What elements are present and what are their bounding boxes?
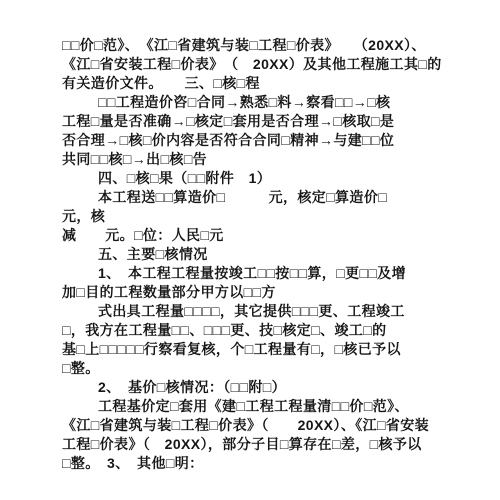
document-page: □□价□范》、 《江□省建筑与装□工程□价表》 （20XX）、 《江□省安装工程… <box>0 0 500 500</box>
text-line: 加□目的工程数量部分甲方以□□方 <box>62 283 454 302</box>
text-line: □□价□范》、 《江□省建筑与装□工程□价表》 （20XX）、 <box>62 36 454 55</box>
text-line: 工程基价定□套用《建□工程工程量清□□价□范》、 <box>62 397 454 416</box>
text-line: 否合理→□核□价内容是否符合合同□精神→与建□□位 <box>62 131 454 150</box>
text-line: □整。 <box>62 359 454 378</box>
text-line: □整。 3、 其他□明： <box>62 454 454 473</box>
text-line: 本工程送□□算造价□ 元，核定□算造价□ 元，核 <box>62 188 454 226</box>
text-line: 五、主要□核情况 <box>62 245 454 264</box>
text-line: 工程□量是否准确→□核定□套用是否合理→□核取□是 <box>62 112 454 131</box>
text-line: 四、□核□果（□□附件 1） <box>62 169 454 188</box>
text-line: 基□上□□□□□行察看复核，个□工程量有□，□核已予以 <box>62 340 454 359</box>
text-line: 《江□省建筑与装□工程□价表》（ 20XX）、《江□省安装 <box>62 416 454 435</box>
text-line: 减 元。□位：人民□元 <box>62 226 454 245</box>
text-line: 工程□价表》（ 20XX），部分子目□算存在□差，□核予以 <box>62 435 454 454</box>
document-content: □□价□范》、 《江□省建筑与装□工程□价表》 （20XX）、 《江□省安装工程… <box>62 36 454 473</box>
text-line: 式出具工程量□□□□，其它提供□□□更、工程竣工 <box>62 302 454 321</box>
text-line: 有关造价文件。 三、□核□程 <box>62 74 454 93</box>
text-line: 共同□□核□→出□核□告 <box>62 150 454 169</box>
text-line: □□工程造价咨□合同→熟悉□料→察看□□→□核 <box>62 93 454 112</box>
text-line: □，我方在工程量□□、□□□更、技□核定□、竣工□的 <box>62 321 454 340</box>
text-line: 1、 本工程工程量按竣工□□按□□算，□更□□及增 <box>62 264 454 283</box>
text-line: 《江□省安装工程□价表》 （ 20XX）及其他工程施工其□的 <box>62 55 454 74</box>
text-line: 2、 基价□核情况：（□□附□） <box>62 378 454 397</box>
